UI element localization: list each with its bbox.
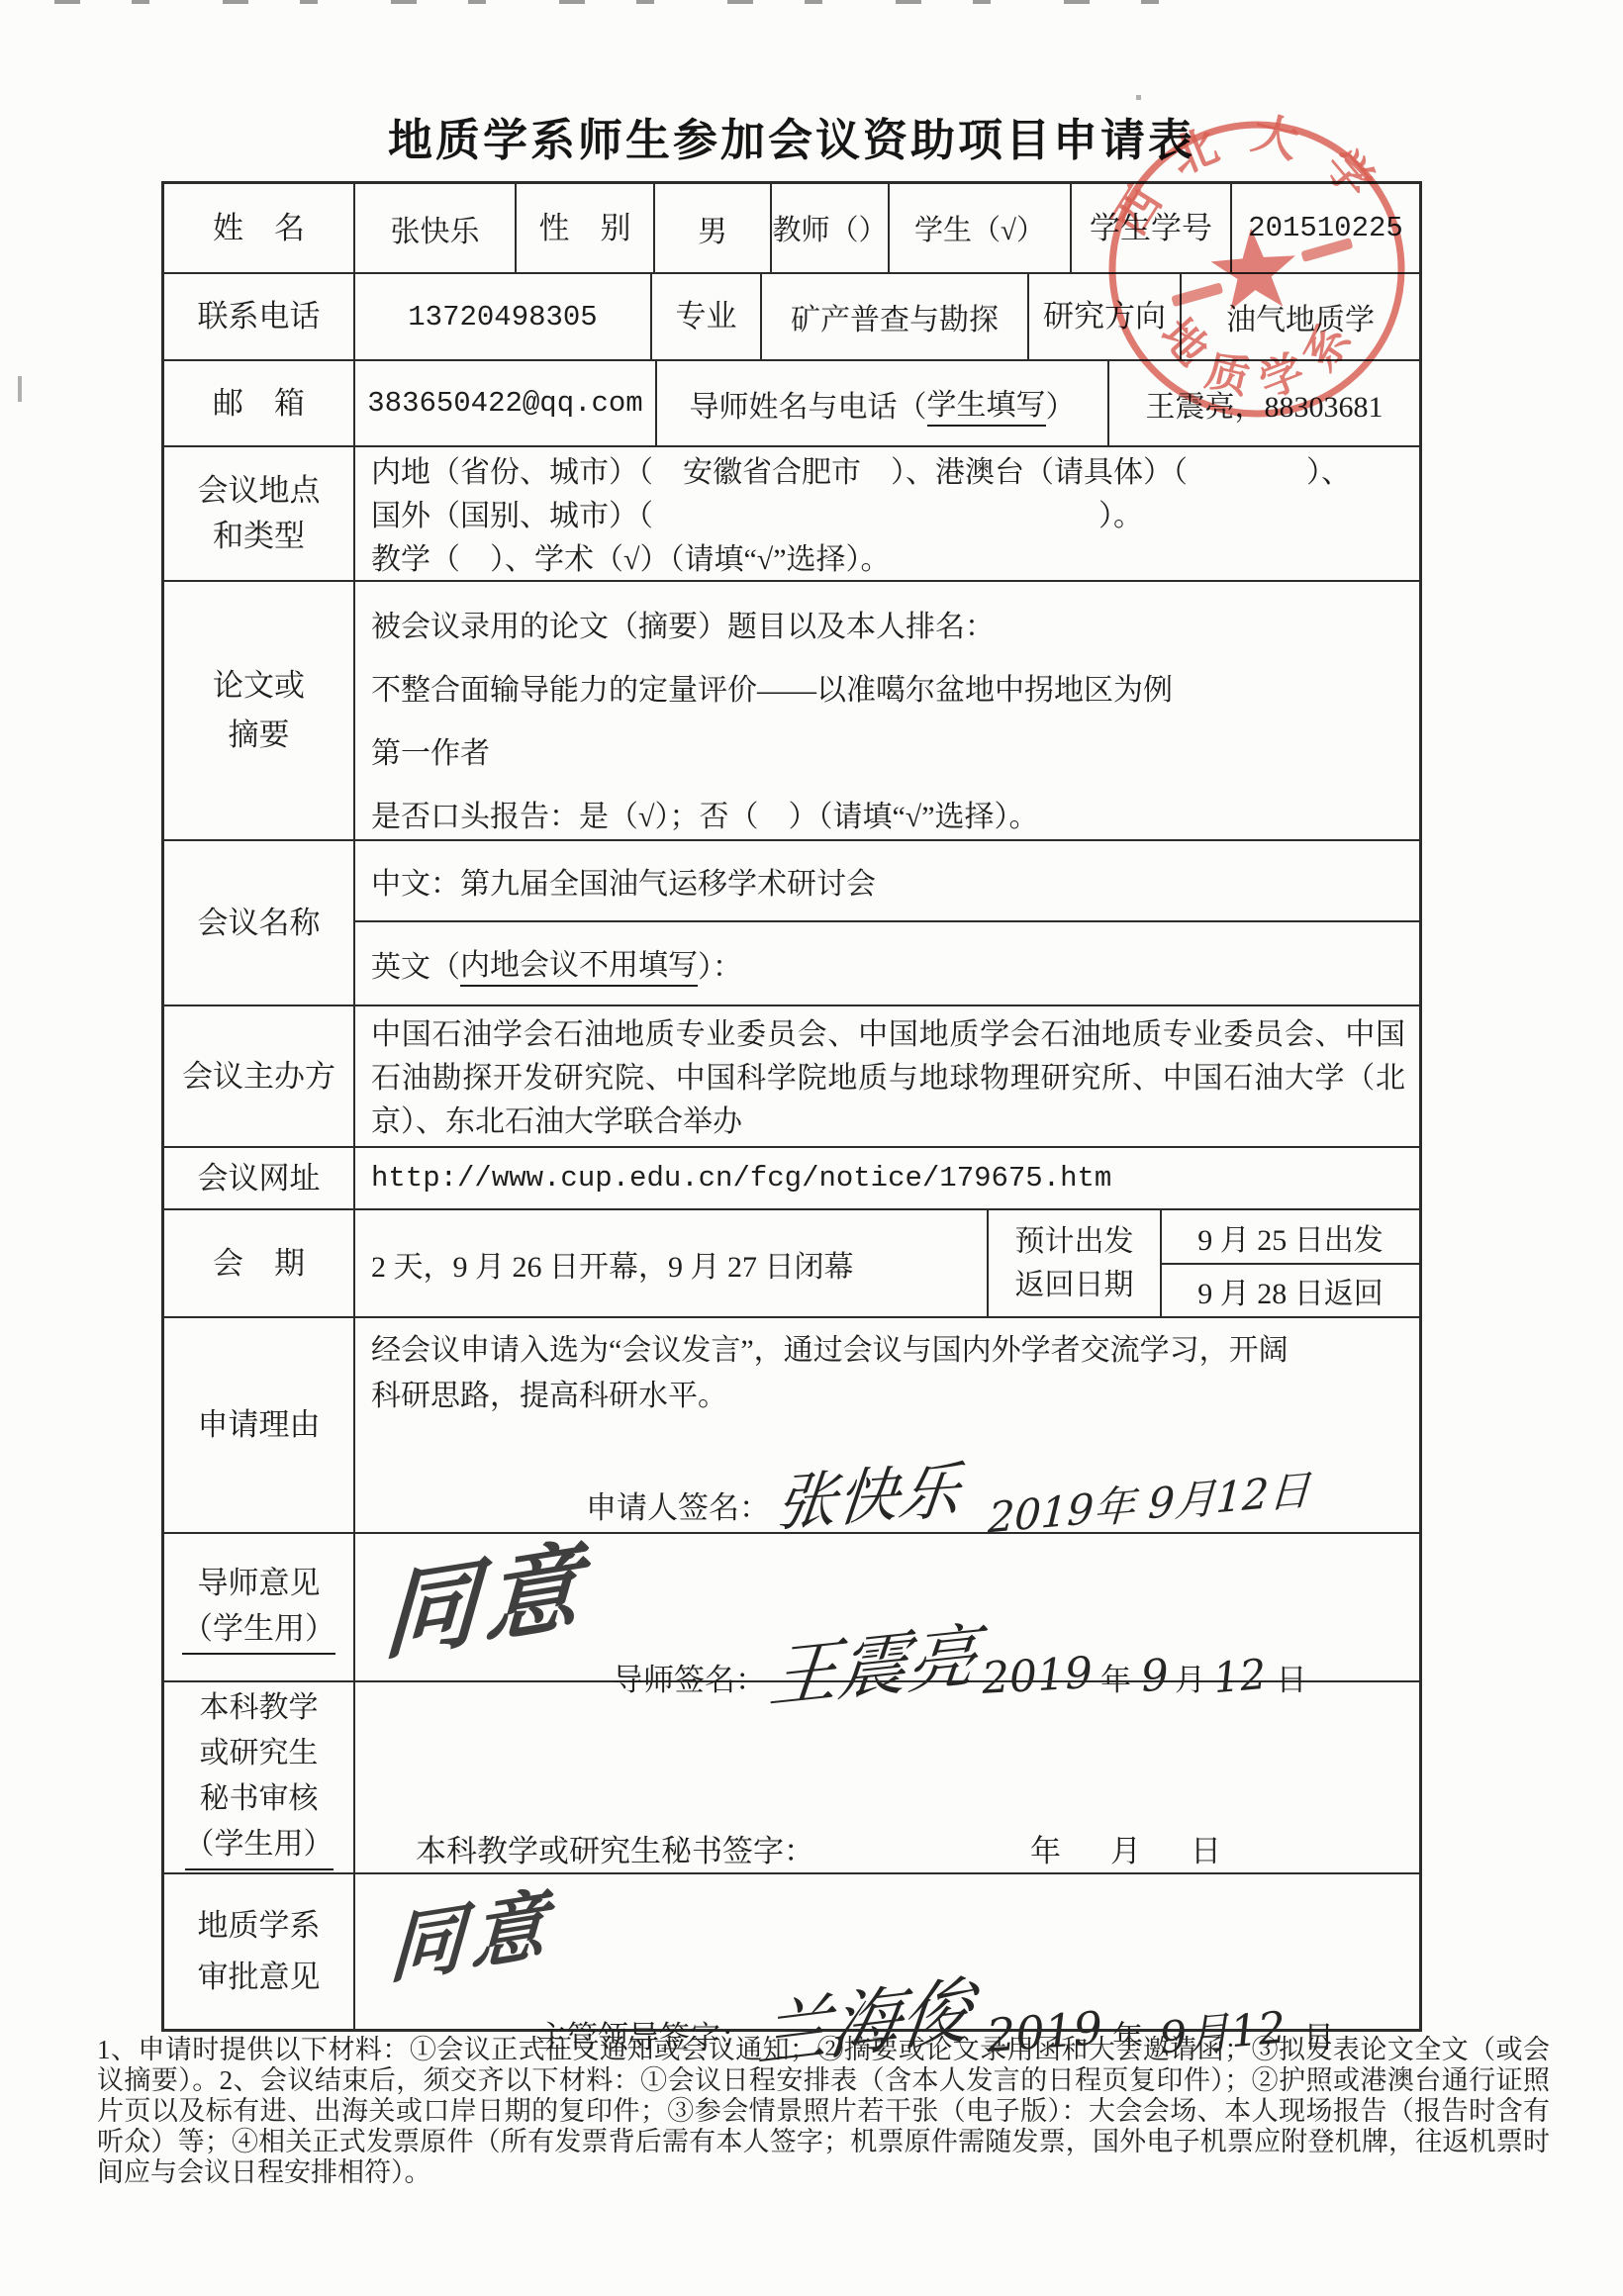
dept-comment-handwriting: 同意 bbox=[387, 1863, 557, 1999]
dept-approval-content: 同意 主管领导签字： 兰海俊 2019 年 9月12 日 bbox=[353, 1874, 1419, 2029]
secretary-label: 本科教学 或研究生 秘书审核 （学生用） bbox=[164, 1682, 353, 1872]
reason-content: 经会议申请入选为“会议发言”，通过会议与国内外学者交流学习，开阔 科研思路，提高… bbox=[353, 1318, 1419, 1532]
applicant-sign-date-handwriting: 2019年 9月12日 bbox=[987, 1468, 1311, 1542]
paper-oral-line: 是否口头报告：是（√）；否（ ）（请填“√”选择）。 bbox=[371, 786, 1409, 849]
advisor-opinion-content: 同意 导师签名： 王震亮 2019 年 9 月 12 日 bbox=[353, 1534, 1419, 1680]
table-row: 申请理由 经会议申请入选为“会议发言”，通过会议与国内外学者交流学习，开阔 科研… bbox=[164, 1316, 1419, 1532]
table-row: 会议地点 和类型 内地（省份、城市）（ 安徽省合肥市 ）、港澳台（请具体）（ ）… bbox=[164, 445, 1419, 580]
conf-name-content: 中文：第九届全国油气运移学术研讨会 英文（内地会议不用填写）： bbox=[353, 841, 1419, 1004]
conf-name-en-pre: 英文（ bbox=[371, 942, 460, 986]
travel-dates-label: 预计出发 返回日期 bbox=[987, 1210, 1160, 1316]
website-label: 会议网址 bbox=[164, 1148, 353, 1208]
phone-label: 联系电话 bbox=[164, 274, 353, 359]
conf-name-label: 会议名称 bbox=[164, 841, 353, 1004]
table-row: 会议网址 http://www.cup.edu.cn/fcg/notice/17… bbox=[164, 1146, 1419, 1208]
travel-dates-values: 9 月 25 日出发 9 月 28 日返回 bbox=[1160, 1210, 1419, 1316]
paper-title: 不整合面输导能力的定量评价——以准噶尔盆地中拐地区为例 bbox=[371, 659, 1409, 722]
student-option: 学生（√） bbox=[888, 184, 1070, 272]
conf-name-cn: 中文：第九届全国油气运移学术研讨会 bbox=[355, 841, 1419, 920]
schedule-label: 会 期 bbox=[164, 1210, 353, 1316]
applicant-signature-handwriting: 张快乐 bbox=[774, 1468, 962, 1526]
paper-label: 论文或 摘要 bbox=[164, 582, 353, 839]
stamp-right-bar bbox=[1300, 238, 1353, 262]
application-form-table: 姓 名 张快乐 性 别 男 教师（） 学生（√） 学生学号 201510225 … bbox=[161, 181, 1422, 2032]
applicant-signature-line: 申请人签名： 张快乐 2019年 9月12日 bbox=[586, 1475, 1310, 1531]
name-value: 张快乐 bbox=[353, 184, 515, 272]
conf-name-en-underlined: 内地会议不用填写 bbox=[460, 940, 698, 987]
gender-value: 男 bbox=[653, 184, 770, 272]
teacher-option: 教师（） bbox=[770, 184, 888, 272]
table-row: 地质学系 审批意见 同意 主管领导签字： 兰海俊 2019 年 9月12 日 bbox=[164, 1872, 1419, 2029]
location-label: 会议地点 和类型 bbox=[164, 447, 353, 580]
advisor-label-underlined: 学生填写 bbox=[927, 380, 1046, 427]
paper-content: 被会议录用的论文（摘要）题目以及本人排名： 不整合面输导能力的定量评价——以准噶… bbox=[353, 582, 1419, 839]
major-label: 专业 bbox=[650, 274, 760, 359]
footnote-instructions: 1、申请时提供以下材料：①会议正式征文通知或会议通知；②摘要或论文录用函和大会邀… bbox=[97, 2035, 1550, 2188]
schedule-duration: 2 天，9 月 26 日开幕，9 月 27 日闭幕 bbox=[353, 1210, 987, 1316]
table-row: 导师意见 （学生用） 同意 导师签名： 王震亮 2019 年 9 月 12 日 bbox=[164, 1532, 1419, 1680]
table-row: 会议主办方 中国石油学会石油地质专业委员会、中国地质学会石油地质专业委员会、中国… bbox=[164, 1004, 1419, 1146]
major-value: 矿产普查与勘探 bbox=[760, 274, 1027, 359]
organizer-label: 会议主办方 bbox=[164, 1006, 353, 1146]
table-row: 本科教学 或研究生 秘书审核 （学生用） 本科教学或研究生秘书签字： 年 月 日 bbox=[164, 1680, 1419, 1872]
advisor-label: 导师姓名与电话（学生填写） bbox=[655, 361, 1107, 445]
advisor-label-post: ） bbox=[1046, 382, 1076, 426]
table-row: 会 期 2 天，9 月 26 日开幕，9 月 27 日闭幕 预计出发 返回日期 … bbox=[164, 1208, 1419, 1316]
stamp-star-icon bbox=[1208, 225, 1298, 311]
table-row: 论文或 摘要 被会议录用的论文（摘要）题目以及本人排名： 不整合面输导能力的定量… bbox=[164, 580, 1419, 839]
svg-text:西北大学: 西北大学 bbox=[1098, 98, 1403, 246]
website-value: http://www.cup.edu.cn/fcg/notice/179675.… bbox=[353, 1148, 1419, 1208]
dept-approval-label: 地质学系 审批意见 bbox=[164, 1874, 353, 2029]
applicant-sign-label: 申请人签名： bbox=[586, 1485, 770, 1531]
table-row: 会议名称 中文：第九届全国油气运移学术研讨会 英文（内地会议不用填写）： bbox=[164, 839, 1419, 1004]
name-label: 姓 名 bbox=[164, 184, 353, 272]
return-date: 9 月 28 日返回 bbox=[1162, 1263, 1419, 1316]
reason-line1: 经会议申请入选为“会议发言”，通过会议与国内外学者交流学习，开阔 bbox=[371, 1328, 1409, 1374]
location-line1: 内地（省份、城市）（ 安徽省合肥市 ）、港澳台（请具体）（ ）、 bbox=[371, 451, 1409, 495]
reason-label: 申请理由 bbox=[164, 1318, 353, 1532]
email-label: 邮 箱 bbox=[164, 361, 353, 445]
secretary-sign-label: 本科教学或研究生秘书签字： bbox=[416, 1826, 814, 1870]
advisor-opinion-label: 导师意见 （学生用） bbox=[164, 1534, 353, 1680]
location-line2: 国外（国别、城市）（ ）。 bbox=[371, 495, 1409, 538]
secretary-signature-line: 本科教学或研究生秘书签字： 年 月 日 bbox=[416, 1826, 1221, 1870]
organizer-value: 中国石油学会石油地质专业委员会、中国地质学会石油地质专业委员会、中国石油勘探开发… bbox=[353, 1006, 1419, 1146]
paper-author-rank: 第一作者 bbox=[371, 722, 1409, 786]
conf-name-en-post: ）： bbox=[698, 942, 742, 986]
advisor-label-pre: 导师姓名与电话（ bbox=[690, 382, 927, 426]
stamp-top-text: 西北大学 bbox=[1098, 98, 1403, 246]
depart-date: 9 月 25 日出发 bbox=[1162, 1210, 1419, 1263]
email-value: 383650422@qq.com bbox=[353, 361, 655, 445]
phone-value: 13720498305 bbox=[353, 274, 650, 359]
department-seal-stamp: 西北大学 地质学系 bbox=[1079, 91, 1435, 447]
scanned-form-page: 地质学系师生参加会议资助项目申请表 姓 名 张快乐 性 别 男 教师（） 学生（… bbox=[0, 0, 1623, 2296]
stamp-left-bar bbox=[1171, 282, 1223, 307]
scan-artifact bbox=[54, 0, 1222, 4]
gender-label: 性 别 bbox=[515, 184, 653, 272]
secretary-content: 本科教学或研究生秘书签字： 年 月 日 bbox=[353, 1682, 1419, 1872]
reason-line2: 科研思路，提高科研水平。 bbox=[371, 1374, 1409, 1419]
location-line3: 教学（ ）、学术（√）（请填“√”选择）。 bbox=[371, 538, 1409, 582]
location-content: 内地（省份、城市）（ 安徽省合肥市 ）、港澳台（请具体）（ ）、 国外（国别、城… bbox=[353, 447, 1419, 580]
scan-artifact bbox=[18, 376, 22, 402]
conf-name-en: 英文（内地会议不用填写）： bbox=[355, 920, 1419, 1004]
paper-line1: 被会议录用的论文（摘要）题目以及本人排名： bbox=[371, 596, 1409, 659]
advisor-comment-handwriting: 同意 bbox=[381, 1508, 592, 1678]
